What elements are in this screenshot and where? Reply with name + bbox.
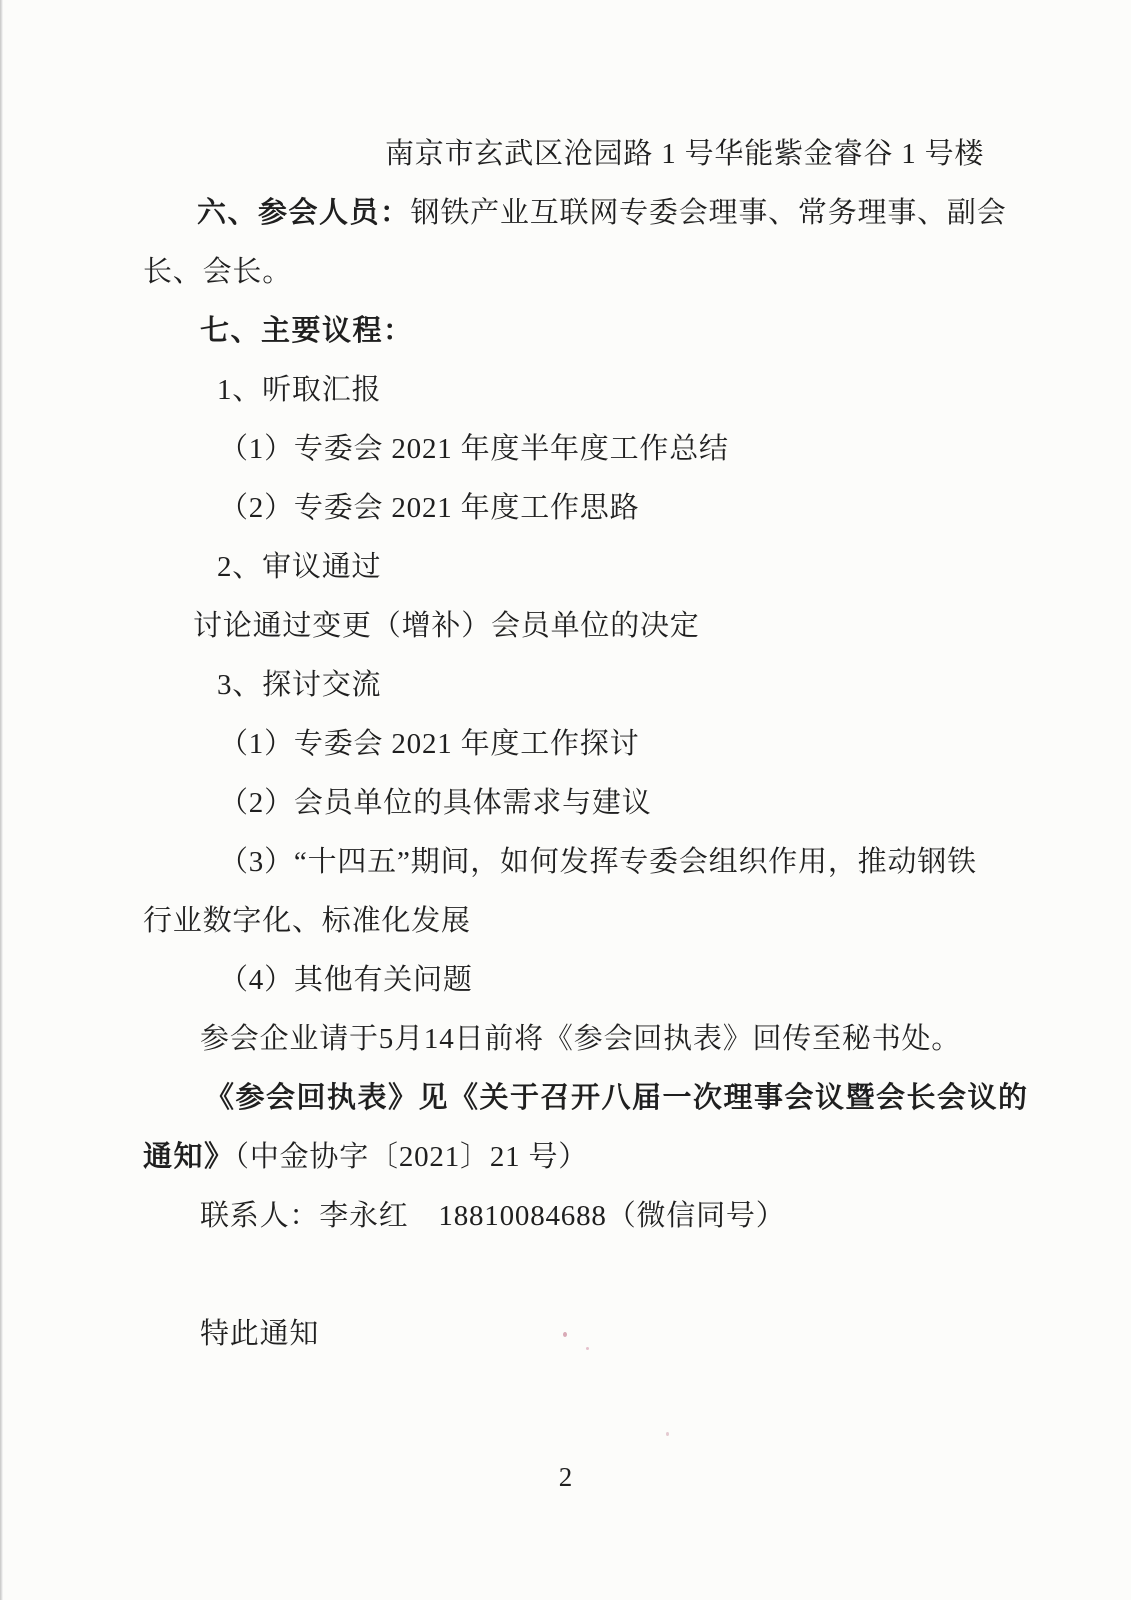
agenda-item-1-1: （1）专委会 2021 年度半年度工作总结 [143, 420, 988, 479]
reply-form-reference-continuation: 通知》（中金协字〔2021〕21 号） [143, 1128, 988, 1187]
agenda-item-1: 1、听取汇报 [143, 361, 988, 420]
item-7-heading: 七、主要议程： [143, 302, 988, 361]
item-6-line: 六、参会人员：钢铁产业互联网专委会理事、常务理事、副会 [143, 184, 988, 243]
agenda-item-3-4: （4）其他有关问题 [143, 951, 988, 1010]
reply-form-reference-line: 《参会回执表》见《关于召开八届一次理事会议暨会长会议的 [143, 1069, 988, 1128]
address-line-text: 南京市玄武区沧园路 1 号华能紫金睿谷 1 号楼 [385, 138, 984, 170]
agenda-item-3-3-text: （3）“十四五”期间，如何发挥专委会组织作用，推动钢铁 [219, 846, 977, 878]
document-page: 南京市玄武区沧园路 1 号华能紫金睿谷 1 号楼六、参会人员：钢铁产业互联网专委… [0, 0, 1131, 1600]
reply-deadline-line: 参会企业请于5月14日前将《参会回执表》回传至秘书处。 [143, 1010, 988, 1069]
agenda-item-2-detail-text: 讨论通过变更（增补）会员单位的决定 [193, 610, 700, 642]
agenda-item-3-2-text: （2）会员单位的具体需求与建议 [219, 787, 652, 819]
reply-form-reference-line-text: 《参会回执表》见《关于召开八届一次理事会议暨会长会议的 [205, 1082, 1029, 1114]
item-6-line-text: 六、参会人员： [197, 197, 411, 229]
contact-line: 联系人：李永红 18810084688（微信同号） [143, 1187, 988, 1246]
agenda-item-3-3-continuation-text: 行业数字化、标准化发展 [143, 905, 471, 937]
agenda-item-1-text: 1、听取汇报 [217, 374, 381, 406]
item-7-heading-text: 七、主要议程： [200, 315, 414, 347]
agenda-item-1-2-text: （2）专委会 2021 年度工作思路 [219, 492, 639, 524]
item-6-continuation: 长、会长。 [143, 243, 988, 302]
agenda-item-2-text: 2、审议通过 [217, 551, 381, 583]
item-6-line-text: 钢铁产业互联网专委会理事、常务理事、副会 [411, 197, 1007, 229]
agenda-item-3: 3、探讨交流 [143, 656, 988, 715]
agenda-item-3-3-continuation: 行业数字化、标准化发展 [143, 892, 988, 951]
agenda-item-3-text: 3、探讨交流 [217, 669, 381, 701]
reply-form-reference-continuation-text: （中金协字〔2021〕21 号） [235, 1141, 589, 1173]
agenda-item-3-1-text: （1）专委会 2021 年度工作探讨 [219, 728, 639, 760]
agenda-item-1-2: （2）专委会 2021 年度工作思路 [143, 479, 988, 538]
agenda-item-2: 2、审议通过 [143, 538, 988, 597]
item-6-continuation-text: 长、会长。 [143, 256, 292, 288]
agenda-item-2-detail: 讨论通过变更（增补）会员单位的决定 [143, 597, 988, 656]
scan-speck [666, 1432, 669, 1436]
agenda-item-3-3: （3）“十四五”期间，如何发挥专委会组织作用，推动钢铁 [143, 833, 988, 892]
agenda-item-3-1: （1）专委会 2021 年度工作探讨 [143, 715, 988, 774]
reply-deadline-line-text: 参会企业请于5月14日前将《参会回执表》回传至秘书处。 [200, 1023, 961, 1055]
reply-form-reference-continuation-text: 通知》 [143, 1141, 235, 1173]
closing-line-text: 特此通知 [200, 1318, 319, 1350]
agenda-item-3-4-text: （4）其他有关问题 [219, 964, 473, 996]
address-line: 南京市玄武区沧园路 1 号华能紫金睿谷 1 号楼 [143, 125, 988, 184]
page-number: 2 [0, 1462, 1131, 1493]
contact-line-text: 联系人：李永红 18810084688（微信同号） [200, 1200, 786, 1232]
blank-line [143, 1246, 988, 1305]
agenda-item-3-2: （2）会员单位的具体需求与建议 [143, 774, 988, 833]
document-text: 南京市玄武区沧园路 1 号华能紫金睿谷 1 号楼六、参会人员：钢铁产业互联网专委… [143, 0, 988, 1364]
scan-edge-artifact [0, 0, 3, 1600]
agenda-item-1-1-text: （1）专委会 2021 年度半年度工作总结 [219, 433, 729, 465]
closing-line: 特此通知 [143, 1305, 988, 1364]
